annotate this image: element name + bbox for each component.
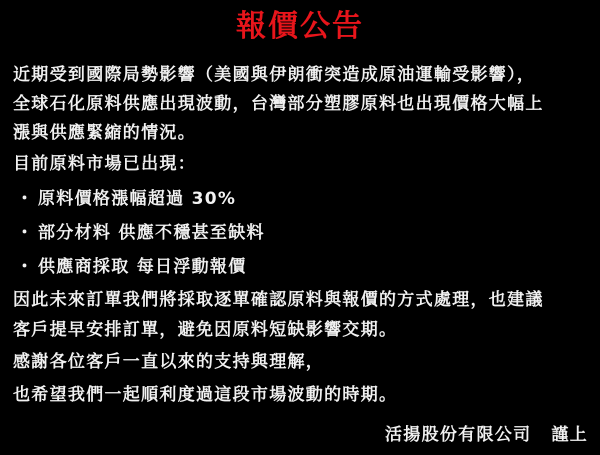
paragraph-line: 也希望我們一起順利度過這段市場波動的時期。: [13, 384, 397, 406]
bullet-item: ・部分材料 供應不穩甚至缺料: [16, 222, 265, 244]
bullet-icon: ・: [16, 188, 38, 210]
bullet-icon: ・: [16, 256, 38, 278]
paragraph-line: 近期受到國際局勢影響（美國與伊朗衝突造成原油運輸受影響），: [13, 64, 535, 86]
bullet-text: 部分材料 供應不穩甚至缺料: [38, 223, 265, 243]
bullet-text: 供應商採取 每日浮動報價: [38, 257, 247, 277]
bullet-text: 原料價格漲幅超過 30%: [38, 189, 236, 209]
paragraph-line: 感謝各位客戶一直以來的支持與理解，: [13, 351, 324, 373]
bullet-item: ・原料價格漲幅超過 30%: [16, 188, 236, 210]
company-name: 活揚股份有限公司: [385, 425, 531, 445]
market-intro: 目前原料市場已出現：: [13, 153, 196, 175]
signature: 活揚股份有限公司謹上: [385, 424, 588, 446]
bullet-icon: ・: [16, 222, 38, 244]
closing-text: 謹上: [551, 425, 588, 445]
paragraph-line: 漲與供應緊縮的情況。: [13, 122, 196, 144]
paragraph-line: 客戶提早安排訂單，避免因原料短缺影響交期。: [13, 319, 397, 341]
bullet-item: ・供應商採取 每日浮動報價: [16, 256, 247, 278]
paragraph-line: 因此未來訂單我們將採取逐單確認原料與報價的方式處理，也建議: [13, 289, 544, 311]
paragraph-line: 全球石化原料供應出現波動，台灣部分塑膠原料也出現價格大幅上: [13, 93, 544, 115]
notice-title: 報價公告: [0, 8, 600, 46]
